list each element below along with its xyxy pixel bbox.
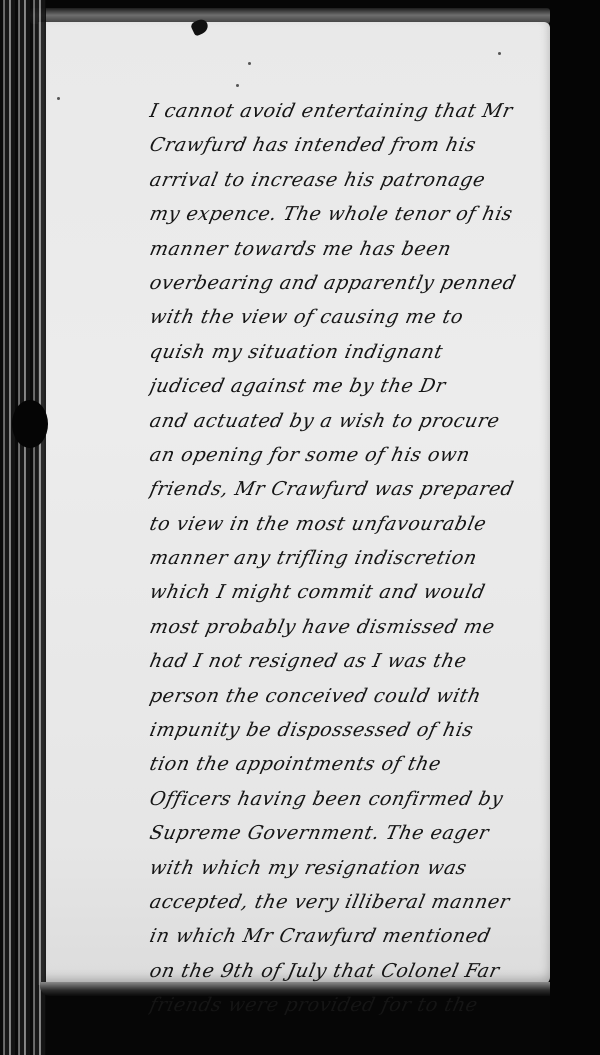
text-line: my expence. The whole tenor of his (146, 197, 593, 231)
text-line: which I might commit and would (146, 575, 593, 609)
handwritten-text: I cannot avoid entertaining that Mr Craw… (150, 94, 590, 1023)
text-line: to view in the most unfavourable (146, 507, 593, 541)
paper-speck (236, 84, 239, 87)
text-line: tion the appointments of the (146, 747, 593, 781)
text-line: manner towards me has been (146, 232, 593, 266)
paper-speck (248, 62, 251, 65)
text-line: person the conceived could with (146, 679, 593, 713)
text-line: Crawfurd has intended from his (146, 128, 593, 162)
text-line: with the view of causing me to (146, 300, 593, 334)
text-line: accepted, the very illiberal manner (146, 885, 593, 919)
text-line: quish my situation indignant (146, 335, 593, 369)
text-line: Officers having been confirmed by (146, 782, 593, 816)
book-binding (0, 0, 46, 1055)
text-line: had I not resigned as I was the (146, 644, 593, 678)
text-line: and actuated by a wish to procure (146, 404, 593, 438)
text-line: Supreme Government. The eager (146, 816, 593, 850)
paper-speck (498, 52, 501, 55)
text-line: I cannot avoid entertaining that Mr (146, 94, 593, 128)
text-line: an opening for some of his own (146, 438, 593, 472)
text-line: most probably have dismissed me (146, 610, 593, 644)
text-line: friends, Mr Crawfurd was prepared (146, 472, 593, 506)
page-bottom-edge (40, 982, 560, 996)
text-line: impunity be dispossessed of his (146, 713, 593, 747)
text-line: manner any trifling indiscretion (146, 541, 593, 575)
text-line: judiced against me by the Dr (146, 369, 593, 403)
text-line: with which my resignation was (146, 851, 593, 885)
scan-right-border (550, 0, 600, 1055)
text-line: arrival to increase his patronage (146, 163, 593, 197)
text-line: in which Mr Crawfurd mentioned (146, 919, 593, 953)
paper-speck (57, 97, 60, 100)
binding-clasp (12, 400, 48, 448)
text-line: overbearing and apparently penned (146, 266, 593, 300)
